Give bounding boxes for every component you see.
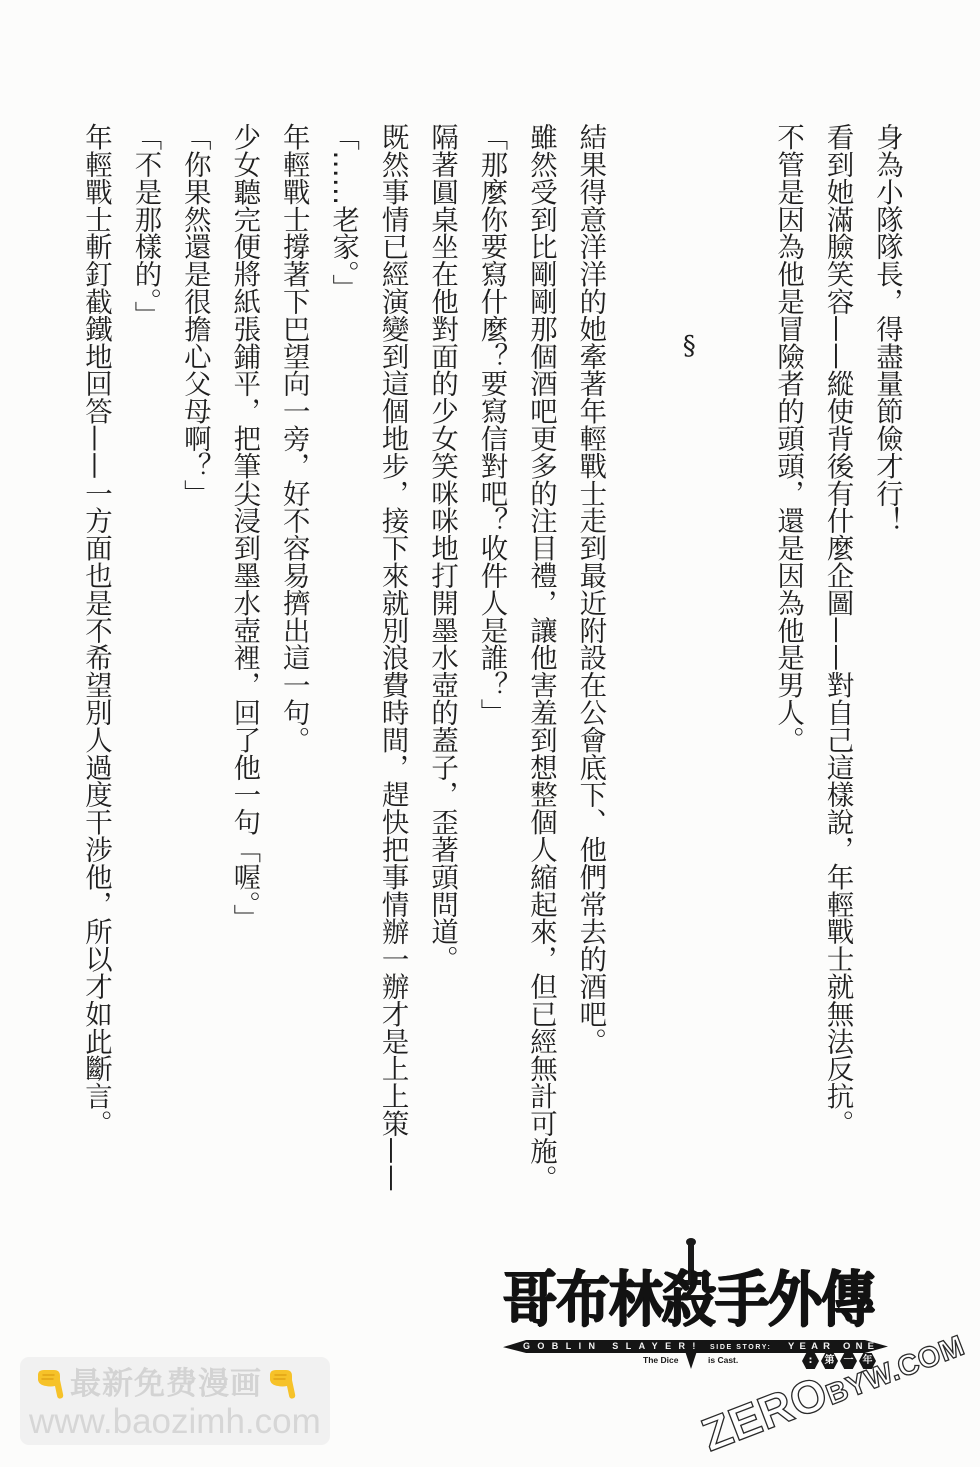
tagline-right: is Cast. bbox=[708, 1355, 738, 1365]
paragraph: 年輕戰士斬釘截鐵地回答——一方面也是不希望別人過度干涉他，所以才如此斷言。 bbox=[71, 123, 120, 1233]
paragraph: 隔著圓桌坐在他對面的少女笑咪咪地打開墨水壺的蓋子，歪著頭問道。 bbox=[417, 123, 466, 1233]
logo-title: 哥布林殺手外傳 bbox=[503, 1264, 893, 1333]
watermark-headline: 最新免费漫画 bbox=[34, 1365, 298, 1403]
tagline-left: The Dice bbox=[643, 1355, 678, 1365]
pointing-down-icon bbox=[34, 1367, 66, 1401]
paragraph: 年輕戰士撐著下巴望向一旁，好不容易擠出這一句。 bbox=[268, 123, 317, 1233]
novel-text-block: 身為小隊隊長，得盡量節儉才行！ 看到她滿臉笑容——縱使背後有什麼企圖——對自己這… bbox=[70, 123, 911, 1233]
dialogue-paragraph: 「你果然還是很擔心父母啊？」 bbox=[169, 123, 218, 1233]
paragraph: 既然事情已經演變到這個地步，接下來就別浪費時間，趕快把事情辦一辦才是上上策—— bbox=[367, 123, 416, 1233]
watermark-headline-text: 最新免费漫画 bbox=[70, 1366, 262, 1402]
paragraph: 看到她滿臉笑容——縱使背後有什麼企圖——對自己這樣說，年輕戰士就無法反抗。 bbox=[812, 123, 861, 1233]
paragraph: 結果得意洋洋的她牽著年輕戰士走到最近附設在公會底下、他們常去的酒吧。 bbox=[565, 123, 614, 1233]
dialogue-paragraph: 「那麼你要寫什麼？要寫信對吧？收件人是誰？」 bbox=[466, 123, 515, 1233]
watermark-url: www.baozimh.com bbox=[29, 1403, 321, 1441]
paragraph: 不管是因為他是冒險者的頭頭，還是因為他是男人。 bbox=[763, 123, 812, 1233]
dialogue-paragraph: 「不是那樣的。」 bbox=[120, 123, 169, 1233]
paragraph: 身為小隊隊長，得盡量節儉才行！ bbox=[862, 123, 911, 1233]
banner-series-name: GOBLIN SLAYER! bbox=[523, 1341, 703, 1352]
watermark-main: ZERO bbox=[695, 1366, 835, 1461]
pointing-down-icon bbox=[266, 1367, 298, 1401]
paragraph: 少女聽完便將紙張鋪平，把筆尖浸到墨水壺裡，回了他一句「喔。」 bbox=[219, 123, 268, 1233]
section-break-mark: § bbox=[664, 123, 713, 1233]
paragraph: 雖然受到比剛剛那個酒吧更多的注目禮，讓他害羞到想整個人縮起來，但已經無計可施。 bbox=[516, 123, 565, 1233]
sword-tip-icon bbox=[685, 1351, 697, 1369]
series-logo: 哥布林殺手外傳 GOBLIN SLAYER! SIDE STORY: YEAR … bbox=[495, 1236, 895, 1376]
dialogue-paragraph: 「……老家。」 bbox=[318, 123, 367, 1233]
site-watermark: 最新免费漫画 www.baozimh.com bbox=[20, 1357, 330, 1445]
banner-side-story: SIDE STORY: bbox=[710, 1342, 771, 1353]
